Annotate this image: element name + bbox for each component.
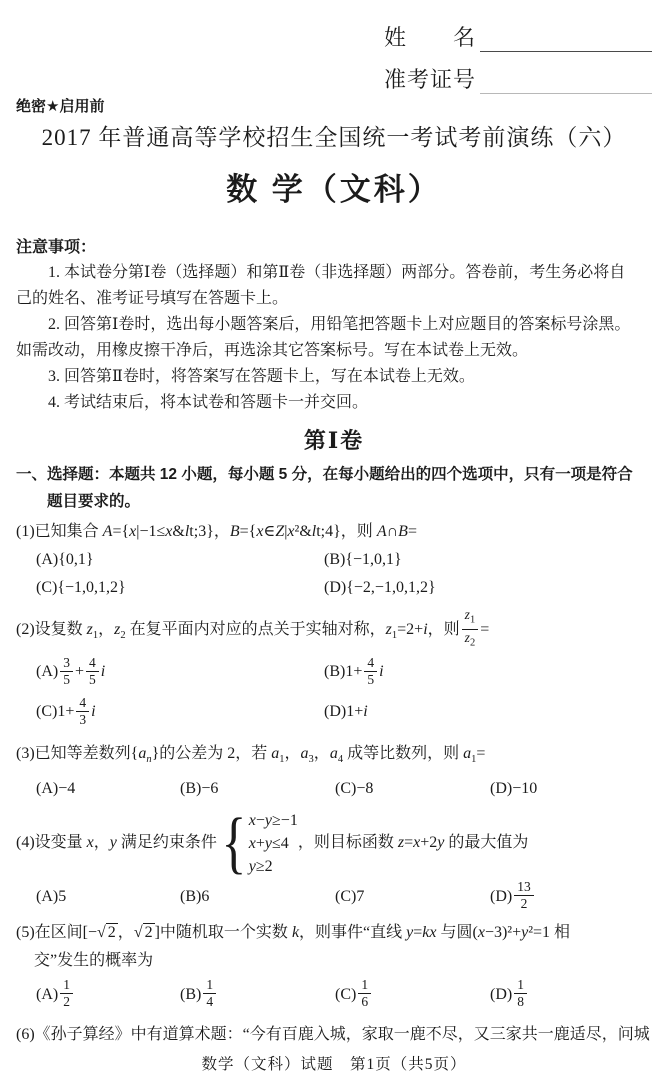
- name-row: 姓 名: [384, 10, 652, 52]
- option-c: (C)−8: [335, 775, 490, 803]
- notice-line-2b: 如需改动，用橡皮擦干净后，再选涂其它答案标号。写在本试卷上无效。: [16, 338, 652, 364]
- question-4-stem-pre: (4)设变量 x，y 满足约束条件: [16, 831, 217, 855]
- question-3-options: (A)−4 (B)−6 (C)−8 (D)−10: [16, 775, 652, 803]
- option-d: (D)−10: [490, 775, 652, 803]
- option-a: (A)12: [36, 975, 180, 1015]
- option-text: 5: [58, 883, 66, 911]
- notice-line-4: 4. 考试结束后，将本试卷和答题卡一并交回。: [16, 390, 652, 416]
- question-5-stem-line2: 交”发生的概率为: [16, 947, 652, 975]
- page-footer: 数学（文科）试题 第1页（共5页）: [16, 1054, 652, 1073]
- notice-line-1b: 己的姓名、准考证号填写在答题卡上。: [16, 286, 652, 312]
- name-label: 姓 名: [384, 21, 476, 52]
- option-text: 1+i: [346, 698, 367, 726]
- section1-heading-line2: 题目要求的。: [16, 488, 652, 515]
- option-text: −6: [201, 780, 218, 797]
- question-6-stem: (6)《孙子算经》中有道算术题：“今有百鹿入城，家取一鹿不尽，又三家共一鹿适尽，…: [16, 1021, 652, 1049]
- option-a: (A)35+45i: [36, 652, 324, 692]
- exam-no-label: 准考证号: [384, 63, 476, 94]
- option-label: (A): [36, 658, 58, 686]
- option-b: (B)1+45i: [324, 652, 652, 692]
- option-label: (D): [490, 780, 512, 797]
- option-text: {−1,0,1,2}: [57, 579, 125, 596]
- option-b: (B)6: [180, 878, 335, 916]
- constraint-system: x−y≥−1 x+y≤4 y≥2: [249, 809, 298, 878]
- system-brace: {: [221, 804, 246, 882]
- option-d: (D){−2,−1,0,1,2}: [324, 574, 652, 602]
- option-label: (D): [490, 981, 512, 1009]
- question-4-stem-post: ，则目标函数 z=x+2y 的最大值为: [298, 831, 529, 855]
- constraint-1: x−y≥−1: [249, 809, 298, 832]
- option-label: (B): [180, 981, 201, 1009]
- option-text: 16: [356, 978, 373, 1011]
- question-4-options: (A)5 (B)6 (C)7 (D)132: [16, 878, 652, 916]
- option-text: 35+45i: [58, 656, 105, 689]
- option-label: (B): [180, 883, 201, 911]
- option-a: (A){0,1}: [36, 546, 324, 574]
- option-label: (C): [335, 981, 356, 1009]
- option-text: 7: [356, 883, 364, 911]
- question-1-stem: (1)已知集合 A={x|−1≤x&lt;3}，B={x∈Z|x²&lt;4}，…: [16, 518, 652, 546]
- option-label: (A): [36, 551, 58, 568]
- option-label: (B): [180, 780, 201, 797]
- question-5-stem-line1: (5)在区间[−√2，√2]中随机取一个实数 k，则事件“直线 y=kx 与圆(…: [16, 919, 652, 947]
- constraint-2: x+y≤4: [249, 832, 298, 855]
- option-text: 1+43i: [57, 696, 95, 729]
- notice-line-1a: 1. 本试卷分第Ⅰ卷（选择题）和第Ⅱ卷（非选择题）两部分。答卷前，考生务必将自: [16, 260, 652, 286]
- constraint-3: y≥2: [249, 855, 298, 878]
- option-label: (B): [324, 658, 345, 686]
- option-label: (B): [324, 551, 345, 568]
- option-label: (C): [335, 883, 356, 911]
- exam-no-blank-line: [480, 59, 652, 94]
- exam-paper-page: 姓 名 准考证号 绝密★启用前 2017 年普通高等学校招生全国统一考试考前演练…: [0, 0, 668, 1073]
- option-label: (D): [324, 698, 346, 726]
- option-text: 6: [201, 883, 209, 911]
- option-text: {−2,−1,0,1,2}: [346, 579, 435, 596]
- option-c: (C){−1,0,1,2}: [36, 574, 324, 602]
- option-text: 14: [201, 978, 218, 1011]
- option-label: (C): [36, 579, 57, 596]
- option-a: (A)5: [36, 878, 180, 916]
- option-label: (A): [36, 780, 58, 797]
- option-b: (B){−1,0,1}: [324, 546, 652, 574]
- notice-line-2a: 2. 回答第Ⅰ卷时，选出每小题答案后，用铅笔把答题卡上对应题目的答案标号涂黑。: [16, 312, 652, 338]
- subject-title: 数 学（文科）: [16, 168, 652, 212]
- option-text: 1+45i: [345, 656, 383, 689]
- question-2-options: (A)35+45i (B)1+45i (C)1+43i (D)1+i: [16, 652, 652, 732]
- exam-no-row: 准考证号: [384, 52, 652, 94]
- option-label: (A): [36, 883, 58, 911]
- option-text: 132: [512, 880, 536, 913]
- option-label: (D): [324, 579, 346, 596]
- option-c: (C)7: [335, 878, 490, 916]
- option-text: {0,1}: [58, 551, 93, 568]
- question-1-options: (A){0,1} (B){−1,0,1} (C){−1,0,1,2} (D){−…: [16, 546, 652, 602]
- notice-line-3: 3. 回答第Ⅱ卷时，将答案写在答题卡上，写在本试卷上无效。: [16, 364, 652, 390]
- part1-title: 第Ⅰ卷: [16, 425, 652, 456]
- question-3-stem: (3)已知等差数列{an}的公差为 2，若 a1，a3，a4 成等比数列，则 a…: [16, 740, 652, 774]
- question-5-options: (A)12 (B)14 (C)16 (D)18: [16, 975, 652, 1015]
- option-text: 18: [512, 978, 529, 1011]
- option-text: 12: [58, 978, 75, 1011]
- option-b: (B)14: [180, 975, 335, 1015]
- option-d: (D)132: [490, 878, 652, 916]
- option-text: −8: [356, 780, 373, 797]
- notice-title: 注意事项：: [16, 235, 652, 260]
- security-classification: 绝密★启用前: [16, 95, 652, 116]
- option-c: (C)16: [335, 975, 490, 1015]
- section1-heading-line1: 一、选择题：本题共 12 小题，每小题 5 分，在每小题给出的四个选项中，只有一…: [16, 461, 652, 488]
- exam-title: 2017 年普通高等学校招生全国统一考试考前演练（六）: [16, 121, 652, 155]
- question-4-stem: (4)设变量 x，y 满足约束条件 { x−y≥−1 x+y≤4 y≥2 ，则目…: [16, 809, 652, 878]
- option-a: (A)−4: [36, 775, 180, 803]
- option-label: (D): [490, 883, 512, 911]
- option-d: (D)1+i: [324, 692, 652, 732]
- option-text: −10: [512, 780, 537, 797]
- option-label: (C): [335, 780, 356, 797]
- option-label: (C): [36, 698, 57, 726]
- student-info-block: 姓 名 准考证号: [384, 10, 652, 94]
- name-blank-line: [480, 17, 652, 52]
- option-text: {−1,0,1}: [345, 551, 401, 568]
- option-b: (B)−6: [180, 775, 335, 803]
- option-d: (D)18: [490, 975, 652, 1015]
- option-c: (C)1+43i: [36, 692, 324, 732]
- question-2-stem: (2)设复数 z1，z2 在复平面内对应的点关于实轴对称，z1=2+i，则z1z…: [16, 608, 652, 652]
- option-label: (A): [36, 981, 58, 1009]
- option-text: −4: [58, 780, 75, 797]
